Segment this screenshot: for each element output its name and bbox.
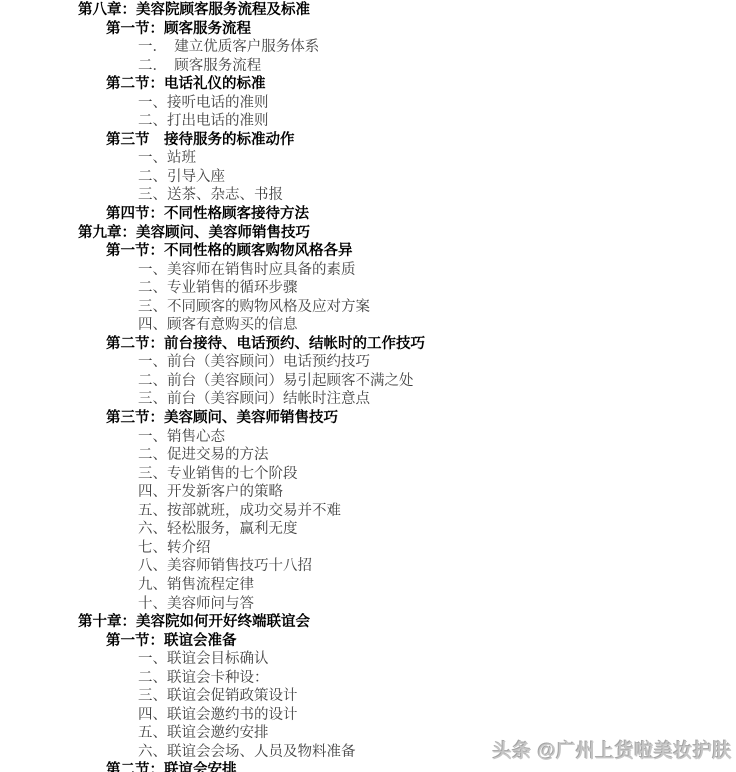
toc-line-item: 四、开发新客户的策略 bbox=[0, 483, 736, 502]
toc-line-item: 七、转介绍 bbox=[0, 539, 736, 558]
toc-line-section: 第四节：不同性格顾客接待方法 bbox=[0, 205, 736, 224]
table-of-contents: 第八章：美容院顾客服务流程及标准第一节：顾客服务流程一． 建立优质客户服务体系二… bbox=[0, 0, 736, 772]
toc-line-item: 五、按部就班，成功交易并不难 bbox=[0, 502, 736, 521]
toc-line-section: 第二节：电话礼仪的标准 bbox=[0, 75, 736, 94]
toc-line-item: 一． 建立优质客户服务体系 bbox=[0, 38, 736, 57]
toc-line-section: 第一节：联谊会准备 bbox=[0, 632, 736, 651]
toc-line-item: 一、接听电话的准则 bbox=[0, 94, 736, 113]
toc-line-section: 第二节：联谊会安排 bbox=[0, 761, 736, 772]
toc-line-section: 第二节：前台接待、电话预约、结帐时的工作技巧 bbox=[0, 335, 736, 354]
toc-line-section: 第三节：美容顾问、美容师销售技巧 bbox=[0, 409, 736, 428]
toc-line-item: 二、打出电话的准则 bbox=[0, 112, 736, 131]
toc-line-item: 三、前台（美容顾问）结帐时注意点 bbox=[0, 390, 736, 409]
toc-line-item: 八、美容师销售技巧十八招 bbox=[0, 557, 736, 576]
toc-line-item: 四、联谊会邀约书的设计 bbox=[0, 706, 736, 725]
toc-line-section: 第一节：不同性格的顾客购物风格各异 bbox=[0, 242, 736, 261]
toc-line-chapter: 第九章：美容顾问、美容师销售技巧 bbox=[0, 224, 736, 243]
toc-line-item: 一、前台（美容顾问）电话预约技巧 bbox=[0, 353, 736, 372]
toc-line-item: 一、美容师在销售时应具备的素质 bbox=[0, 261, 736, 280]
toc-line-item: 二、专业销售的循环步骤 bbox=[0, 279, 736, 298]
toc-line-item: 二、联谊会卡种设： bbox=[0, 669, 736, 688]
toc-line-item: 三、送茶、杂志、书报 bbox=[0, 186, 736, 205]
toc-line-section: 第一节：顾客服务流程 bbox=[0, 20, 736, 39]
watermark: 头条 @广州上货啦美妆护肤 bbox=[493, 736, 732, 763]
toc-line-item: 一、站班 bbox=[0, 149, 736, 168]
toc-line-chapter: 第十章：美容院如何开好终端联谊会 bbox=[0, 613, 736, 632]
toc-line-item: 二、前台（美容顾问）易引起顾客不满之处 bbox=[0, 372, 736, 391]
toc-line-item: 一、联谊会目标确认 bbox=[0, 650, 736, 669]
toc-line-item: 十、美容师问与答 bbox=[0, 595, 736, 614]
toc-line-item: 六、轻松服务，赢利无度 bbox=[0, 520, 736, 539]
toc-line-item: 二． 顾客服务流程 bbox=[0, 57, 736, 76]
toc-line-chapter: 第八章：美容院顾客服务流程及标准 bbox=[0, 1, 736, 20]
toc-line-item: 二、促进交易的方法 bbox=[0, 446, 736, 465]
watermark-text: 头条 @广州上货啦美妆护肤 bbox=[493, 741, 732, 762]
toc-line-item: 三、联谊会促销政策设计 bbox=[0, 687, 736, 706]
toc-line-item: 四、顾客有意购买的信息 bbox=[0, 316, 736, 335]
document-page: 第八章：美容院顾客服务流程及标准第一节：顾客服务流程一． 建立优质客户服务体系二… bbox=[0, 0, 736, 772]
toc-line-item: 一、销售心态 bbox=[0, 428, 736, 447]
toc-line-item: 二、引导入座 bbox=[0, 168, 736, 187]
toc-line-item: 三、不同顾客的购物风格及应对方案 bbox=[0, 298, 736, 317]
toc-line-item: 九、销售流程定律 bbox=[0, 576, 736, 595]
toc-line-item: 三、专业销售的七个阶段 bbox=[0, 465, 736, 484]
toc-line-section: 第三节 接待服务的标准动作 bbox=[0, 131, 736, 150]
